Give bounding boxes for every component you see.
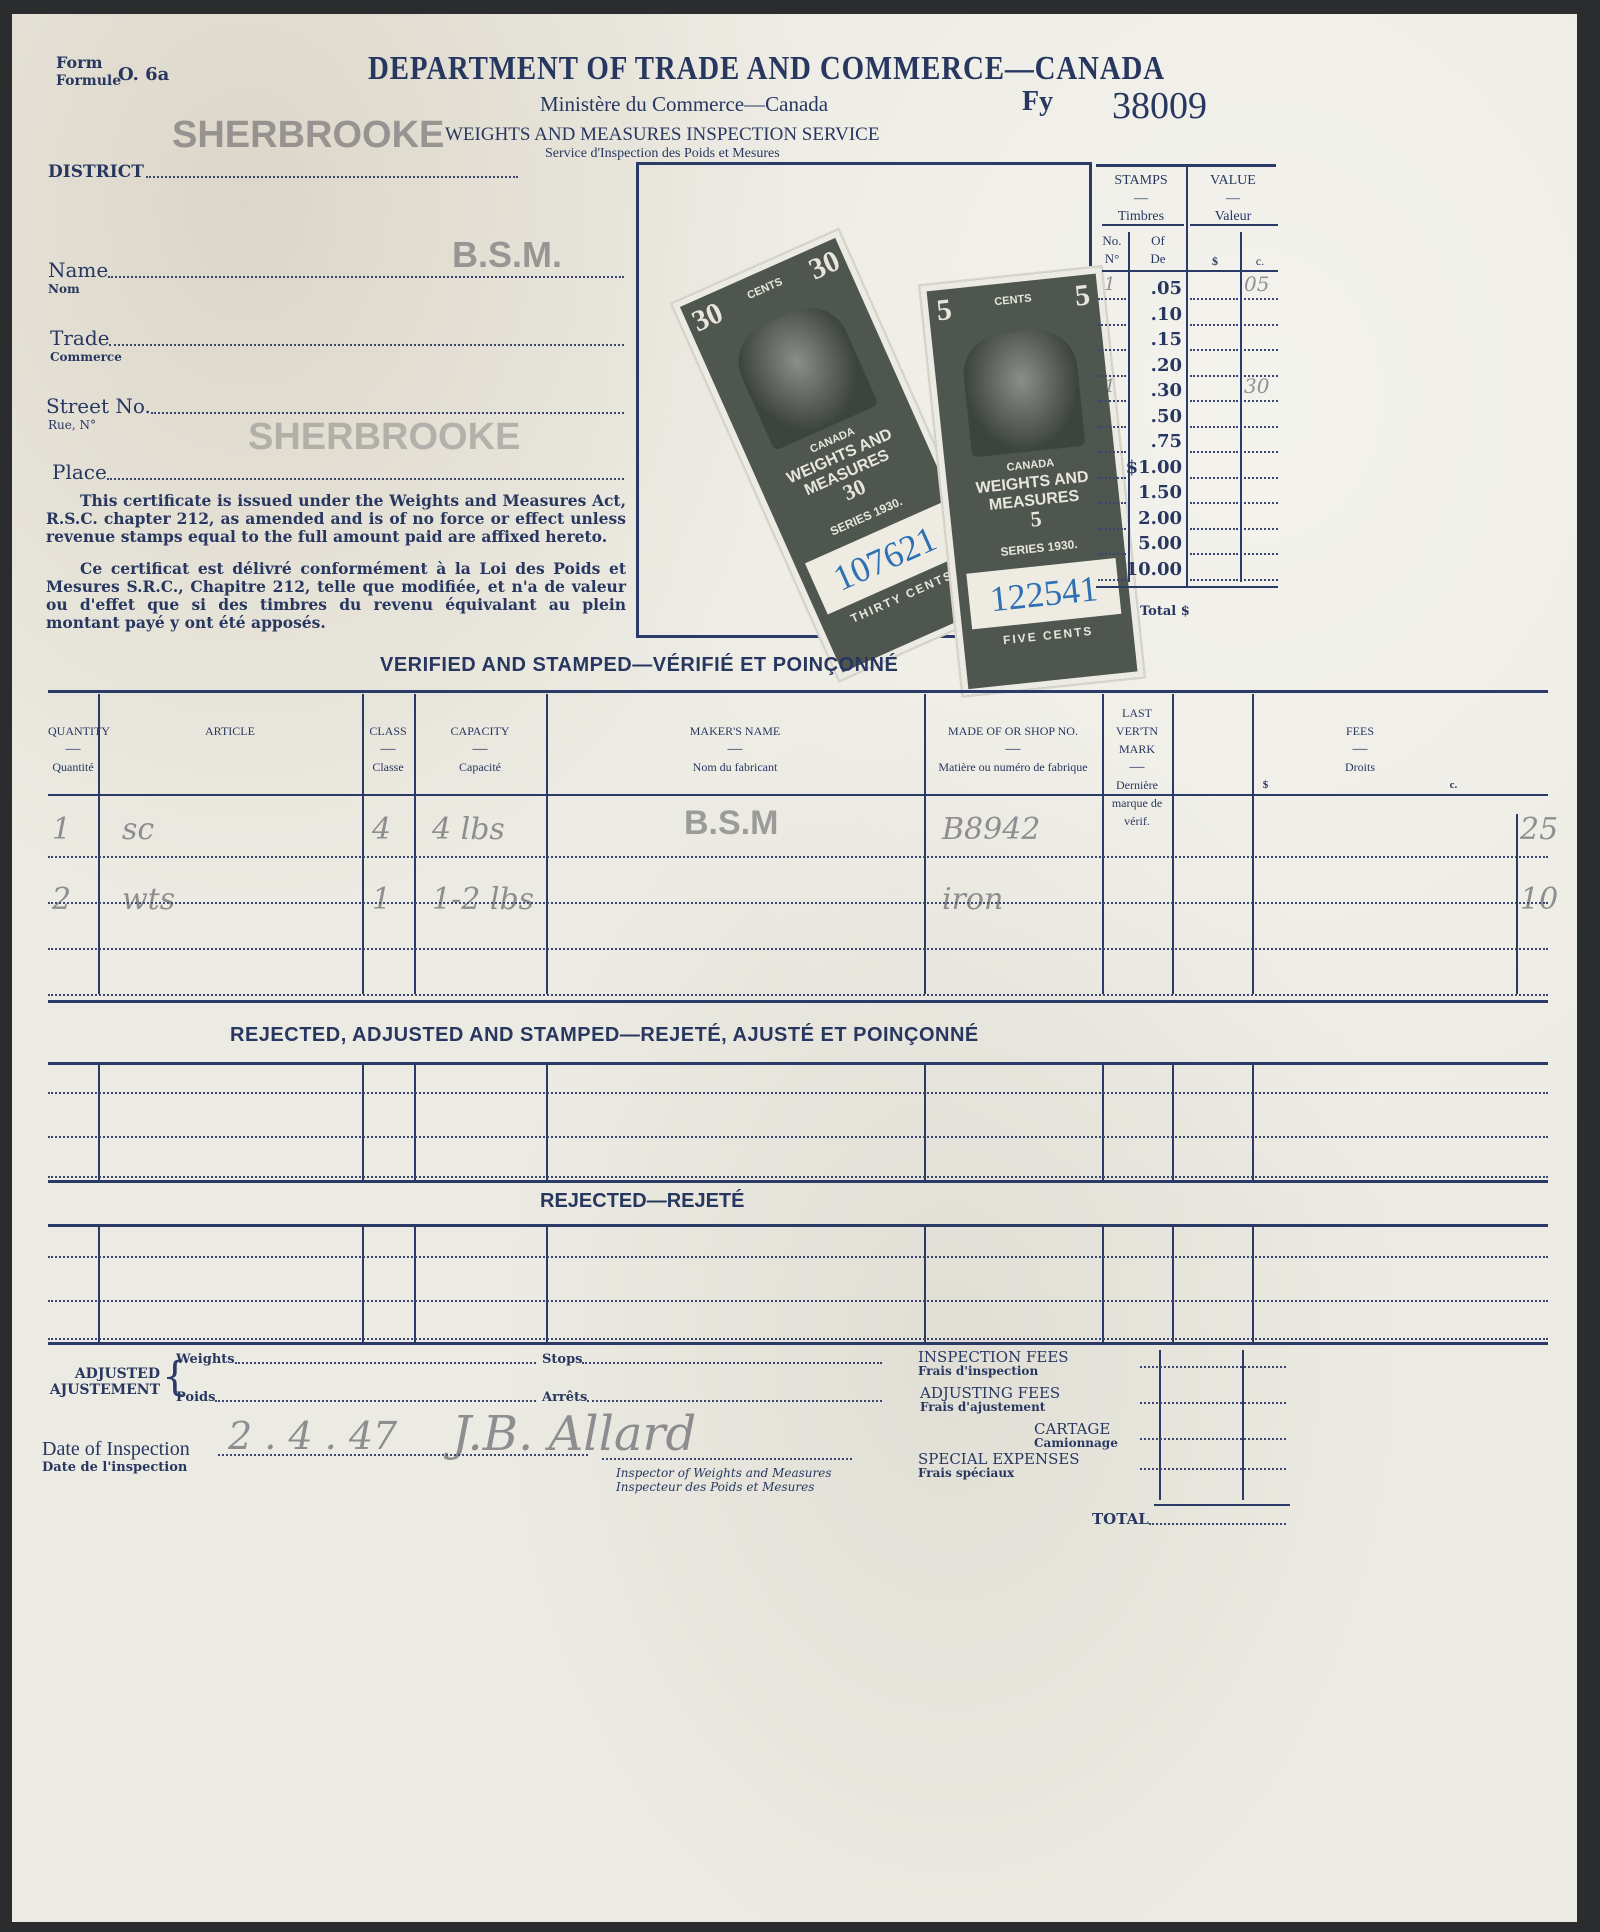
- cell-capacity: 1-2 lbs: [432, 882, 534, 917]
- king-portrait-icon: [960, 326, 1086, 457]
- cell-fee-cents: 10: [1520, 882, 1558, 917]
- column-header: FEES—Droits$c.: [1172, 722, 1548, 794]
- value-dollars-field[interactable]: [1190, 502, 1238, 504]
- column-header: LAST VER'TN MARK—Dernière marque de véri…: [1102, 704, 1172, 830]
- rejected-adjusted-section-title: REJECTED, ADJUSTED AND STAMPED—REJETÉ, A…: [230, 1024, 979, 1047]
- table-row-line[interactable]: [48, 1176, 1548, 1178]
- value-cents-field[interactable]: [1244, 349, 1278, 351]
- stamp-denomination: $1.00: [1112, 457, 1182, 478]
- special-expenses-label: SPECIAL EXPENSESFrais spéciaux: [918, 1452, 1080, 1480]
- cell-quantity: 2: [52, 882, 71, 917]
- value-dollars-field[interactable]: [1190, 451, 1238, 453]
- street-field-label-fr: Rue, N°: [48, 418, 96, 432]
- value-dollars-field[interactable]: [1190, 324, 1238, 326]
- cell-fee-cents: 25: [1520, 812, 1558, 847]
- value-dollars-field[interactable]: [1190, 528, 1238, 530]
- sherbrooke-handstamp-faded: SHERBROOKE: [248, 416, 520, 459]
- cell-shop-no: iron: [942, 882, 1003, 917]
- cell-quantity: 1: [52, 812, 71, 847]
- stamp-denomination: .50: [1112, 406, 1182, 427]
- value-cents-field[interactable]: [1244, 528, 1278, 530]
- column-header: ARTICLE: [98, 722, 362, 740]
- cell-article: wts: [122, 882, 175, 917]
- value-cents-field[interactable]: [1244, 426, 1278, 428]
- stamp-denomination: .75: [1112, 431, 1182, 452]
- department-title: DEPARTMENT OF TRADE AND COMMERCE—CANADA: [368, 50, 1165, 88]
- service-title: WEIGHTS AND MEASURES INSPECTION SERVICE: [445, 124, 879, 146]
- column-header: MADE OF OR SHOP NO.—Matière ou numéro de…: [924, 722, 1102, 776]
- value-dollars-field[interactable]: [1190, 477, 1238, 479]
- verified-section-title: VERIFIED AND STAMPED—VÉRIFIÉ ET POINÇONN…: [380, 654, 898, 677]
- value-dollars-field[interactable]: [1190, 579, 1238, 581]
- value-cents-field[interactable]: [1244, 502, 1278, 504]
- value-cents: 30: [1244, 374, 1269, 398]
- column-header: MAKER'S NAME—Nom du fabricant: [546, 722, 924, 776]
- table-row-line[interactable]: [48, 948, 1548, 950]
- bsm-handstamp: B.S.M: [684, 804, 778, 843]
- rejected-section-title: REJECTED—REJETÉ: [540, 1190, 745, 1213]
- value-column-header: VALUE — Valeur: [1188, 172, 1278, 226]
- column-header: QUANTITY—Quantité: [48, 722, 98, 776]
- value-cents-field[interactable]: [1244, 451, 1278, 453]
- stamp-denomination: 10.00: [1112, 559, 1182, 580]
- inspector-signature: J.B. Allard: [452, 1406, 696, 1462]
- arrets-field[interactable]: Arrêts: [542, 1390, 882, 1405]
- cell-class: 4: [372, 812, 391, 847]
- name-field[interactable]: Name: [48, 258, 624, 282]
- serial-prefix: Fy: [1022, 86, 1053, 118]
- table-row-line[interactable]: [48, 994, 1548, 996]
- stamps-total-label: Total $: [1140, 604, 1190, 619]
- value-dollars-field[interactable]: [1190, 298, 1238, 300]
- form-label: Form Formule: [56, 54, 121, 90]
- value-cents-field[interactable]: [1244, 400, 1278, 402]
- inspection-certificate: Form Formule O. 6a DEPARTMENT OF TRADE A…: [12, 14, 1577, 1922]
- value-cents-field[interactable]: [1244, 477, 1278, 479]
- date-of-inspection-value: 2 . 4 . 47: [228, 1414, 397, 1458]
- notice-fr: Ce certificat est délivré conformément à…: [46, 560, 626, 632]
- inspection-fees-label: INSPECTION FEESFrais d'inspection: [918, 1350, 1069, 1378]
- department-title-fr: Ministère du Commerce—Canada: [540, 92, 828, 117]
- table-row-line[interactable]: [48, 1092, 1548, 1094]
- cartage-label: CARTAGECamionnage: [1034, 1422, 1118, 1450]
- district-field[interactable]: DISTRICT: [48, 162, 518, 182]
- poids-field[interactable]: Poids: [176, 1390, 536, 1405]
- table-row-line[interactable]: [48, 1136, 1548, 1138]
- value-dollars-field[interactable]: [1190, 349, 1238, 351]
- value-cents-field[interactable]: [1244, 298, 1278, 300]
- stamp-denomination: .15: [1112, 329, 1182, 350]
- table-row-line[interactable]: [48, 1256, 1548, 1258]
- serial-number: 38009: [1112, 84, 1207, 128]
- fees-total-field[interactable]: TOTAL: [1092, 1510, 1286, 1528]
- column-header: CLASS—Classe: [362, 722, 414, 776]
- stamps-column-header: STAMPS — Timbres: [1096, 172, 1186, 226]
- name-field-label-fr: Nom: [48, 282, 80, 296]
- stamp-denomination: 1.50: [1112, 482, 1182, 503]
- value-dollars-field[interactable]: [1190, 553, 1238, 555]
- cell-class: 1: [372, 882, 391, 917]
- trade-field-label-fr: Commerce: [50, 350, 122, 364]
- trade-field[interactable]: Trade: [50, 326, 624, 350]
- value-cents-field[interactable]: [1244, 324, 1278, 326]
- stamp-serial: 122541: [966, 558, 1121, 629]
- table-row-line[interactable]: [48, 902, 1548, 904]
- stamp-denomination: .30: [1112, 380, 1182, 401]
- sherbrooke-handstamp: SHERBROOKE: [172, 114, 444, 157]
- stops-field[interactable]: Stops: [542, 1352, 882, 1367]
- stamp-denomination: .05: [1112, 278, 1182, 299]
- stamp-denomination: .10: [1112, 304, 1182, 325]
- stamp-denomination: 5.00: [1112, 533, 1182, 554]
- table-row-line[interactable]: [48, 1300, 1548, 1302]
- inspector-label: Inspector of Weights and Measures Inspec…: [616, 1466, 832, 1494]
- date-of-inspection-label-fr: Date de l'inspection: [42, 1460, 187, 1475]
- weights-field[interactable]: Weights: [176, 1352, 536, 1367]
- adjusting-fees-label: ADJUSTING FEESFrais d'ajustement: [920, 1386, 1060, 1414]
- cell-article: sc: [122, 812, 154, 847]
- table-row-line[interactable]: [48, 856, 1548, 858]
- table-row-line[interactable]: [48, 1338, 1548, 1340]
- value-dollars-field[interactable]: [1190, 426, 1238, 428]
- value-dollars-field[interactable]: [1190, 375, 1238, 377]
- cell-capacity: 4 lbs: [432, 812, 505, 847]
- stamp-denomination: .20: [1112, 355, 1182, 376]
- notice-en: This certificate is issued under the Wei…: [46, 492, 626, 546]
- form-number: O. 6a: [118, 64, 169, 85]
- place-field[interactable]: Place: [52, 460, 624, 484]
- value-cents-field[interactable]: [1244, 553, 1278, 555]
- value-cents-field[interactable]: [1244, 579, 1278, 581]
- column-header: CAPACITY—Capacité: [414, 722, 546, 776]
- service-title-fr: Service d'Inspection des Poids et Mesure…: [545, 146, 780, 162]
- adjusted-label: ADJUSTED AJUSTEMENT: [46, 1366, 160, 1398]
- cell-shop-no: B8942: [942, 812, 1040, 847]
- value-dollars-field[interactable]: [1190, 400, 1238, 402]
- stamp-denomination: 2.00: [1112, 508, 1182, 529]
- street-field[interactable]: Street No.: [46, 394, 624, 418]
- value-cents: 05: [1244, 272, 1269, 296]
